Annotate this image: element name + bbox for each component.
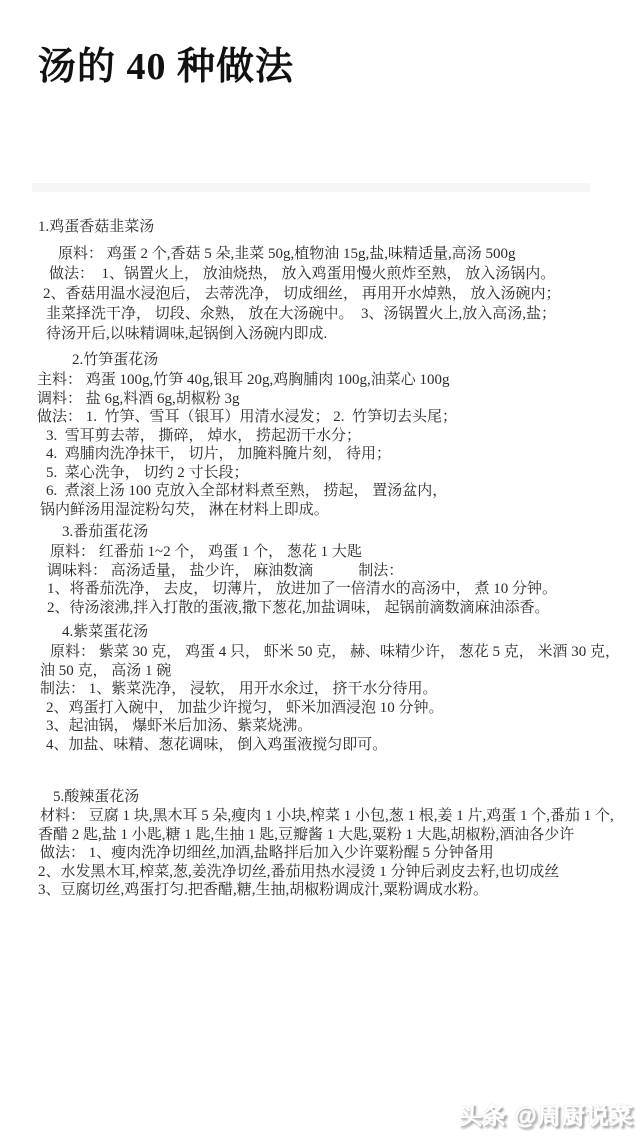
recipe-line: 5. 菜心洗争， 切约 2 寸长段； bbox=[46, 464, 640, 483]
recipe-line: 原料： 紫菜 30 克， 鸡蛋 4 只， 虾米 50 克， 赫、味精少许， 葱花… bbox=[50, 643, 640, 662]
recipe-line: 调料： 盐 6g,料酒 6g,胡椒粉 3g bbox=[37, 390, 640, 409]
recipe-section-3: 3.番茄蛋花汤 bbox=[0, 522, 640, 542]
recipe-heading: 5.酸辣蛋花汤 bbox=[53, 787, 640, 807]
recipe-heading: 3.番茄蛋花汤 bbox=[62, 522, 640, 542]
page-title: 汤的 40 种做法 bbox=[38, 44, 294, 90]
recipe-section-1: 1.鸡蛋香菇韭菜汤 bbox=[0, 217, 640, 237]
recipe-line: 4、加盐、味精、葱花调味， 倒入鸡蛋液搅匀即可。 bbox=[46, 736, 640, 755]
recipe-line: 原料： 鸡蛋 2 个,香菇 5 朵,韭菜 50g,植物油 15g,盐,味精适量,… bbox=[58, 244, 640, 264]
recipe-line: 3、起油锅， 爆虾米后加汤、紫菜烧沸。 bbox=[46, 717, 640, 736]
recipe-line: 做法： 1、瘦肉洗净切细丝,加酒,盐略拌后加入少许粟粉醒 5 分钟备用 bbox=[40, 844, 640, 863]
recipe-line: 2、待汤滚沸,拌入打散的蛋液,撒下葱花,加盐调味， 起锅前滴数滴麻油添香。 bbox=[47, 599, 640, 618]
recipe-line: 做法： 1. 竹笋、雪耳（银耳）用清水浸发； 2. 竹笋切去头尾； bbox=[37, 408, 640, 427]
recipe-line: 油 50 克， 高汤 1 碗 bbox=[40, 662, 640, 681]
recipe-line: 待汤开后,以味精调味,起锅倒入汤碗内即成. bbox=[46, 324, 640, 344]
recipe-line: 制法： 1、紫菜洗净， 浸软， 用开水氽过， 挤干水分待用。 bbox=[40, 680, 640, 699]
recipe-heading: 1.鸡蛋香菇韭菜汤 bbox=[38, 217, 640, 237]
recipe-line: 6. 煮滚上汤 100 克放入全部材料煮至熟， 捞起， 置汤盆内， bbox=[46, 482, 640, 501]
recipe-line: 3. 雪耳剪去蒂， 撕碎， 焯水， 捞起沥干水分； bbox=[46, 427, 640, 446]
recipe-section-5: 5.酸辣蛋花汤 bbox=[0, 787, 640, 807]
recipe-line: 锅内鲜汤用湿淀粉勾芡， 淋在材料上即成。 bbox=[40, 501, 640, 520]
recipe-line: 香醋 2 匙,盐 1 小匙,糖 1 匙,生抽 1 匙,豆瓣酱 1 大匙,粟粉 1… bbox=[38, 826, 640, 845]
recipe-line: 2、鸡蛋打入碗中， 加盐少许搅匀， 虾米加酒浸泡 10 分钟。 bbox=[46, 699, 640, 718]
recipe-line: 韭菜择洗干净， 切段、氽熟， 放在大汤碗中。 3、汤锅置火上,放入高汤,盐； bbox=[46, 304, 640, 324]
section-divider bbox=[32, 183, 590, 192]
recipe-line: 1、将番茄洗净， 去皮， 切薄片， 放进加了一倍清水的高汤中， 煮 10 分钟。 bbox=[47, 580, 640, 599]
recipe-line: 原料： 红番茄 1~2 个， 鸡蛋 1 个， 葱花 1 大匙 bbox=[50, 543, 640, 562]
recipe-body-5: 材料： 豆腐 1 块,黑木耳 5 朵,瘦肉 1 小块,榨菜 1 小包,葱 1 根… bbox=[0, 807, 640, 900]
recipe-section-4: 4.紫菜蛋花汤 bbox=[0, 622, 640, 642]
watermark-credit: 头条 @周厨说菜 bbox=[459, 1098, 634, 1131]
recipe-body-3: 原料： 红番茄 1~2 个， 鸡蛋 1 个， 葱花 1 大匙 调味料： 高汤适量… bbox=[0, 543, 640, 617]
recipe-line: 调味料： 高汤适量， 盐少许， 麻油数滴 制法： bbox=[47, 562, 640, 581]
recipe-line: 3、豆腐切丝,鸡蛋打匀.把香醋,糖,生抽,胡椒粉调成汁,粟粉调成水粉。 bbox=[38, 881, 640, 900]
recipe-heading: 4.紫菜蛋花汤 bbox=[62, 622, 640, 642]
recipe-line: 做法： 1、锅置火上， 放油烧热， 放入鸡蛋用慢火煎炸至熟， 放入汤锅内。 bbox=[49, 264, 640, 284]
recipe-body-2: 主料： 鸡蛋 100g,竹笋 40g,银耳 20g,鸡胸脯肉 100g,油菜心 … bbox=[0, 371, 640, 519]
recipe-line: 材料： 豆腐 1 块,黑木耳 5 朵,瘦肉 1 小块,榨菜 1 小包,葱 1 根… bbox=[40, 807, 640, 826]
recipe-section-2: 2.竹笋蛋花汤 bbox=[0, 350, 640, 370]
recipe-line: 主料： 鸡蛋 100g,竹笋 40g,银耳 20g,鸡胸脯肉 100g,油菜心 … bbox=[37, 371, 640, 390]
document-page: 汤的 40 种做法 1.鸡蛋香菇韭菜汤 原料： 鸡蛋 2 个,香菇 5 朵,韭菜… bbox=[0, 0, 640, 1136]
recipe-line: 2、水发黑木耳,榨菜,葱,姜洗净切丝,番茄用热水浸烫 1 分钟后剥皮去籽,也切成… bbox=[38, 863, 640, 882]
recipe-heading: 2.竹笋蛋花汤 bbox=[72, 350, 640, 370]
recipe-body-1: 原料： 鸡蛋 2 个,香菇 5 朵,韭菜 50g,植物油 15g,盐,味精适量,… bbox=[0, 244, 640, 344]
recipe-body-4: 原料： 紫菜 30 克， 鸡蛋 4 只， 虾米 50 克， 赫、味精少许， 葱花… bbox=[0, 643, 640, 754]
recipe-line: 4. 鸡脯肉洗净抹干， 切片， 加腌料腌片刻， 待用； bbox=[46, 445, 640, 464]
recipe-line: 2、香菇用温水浸泡后， 去蒂洗净， 切成细丝， 再用开水焯熟， 放入汤碗内； bbox=[43, 284, 640, 304]
